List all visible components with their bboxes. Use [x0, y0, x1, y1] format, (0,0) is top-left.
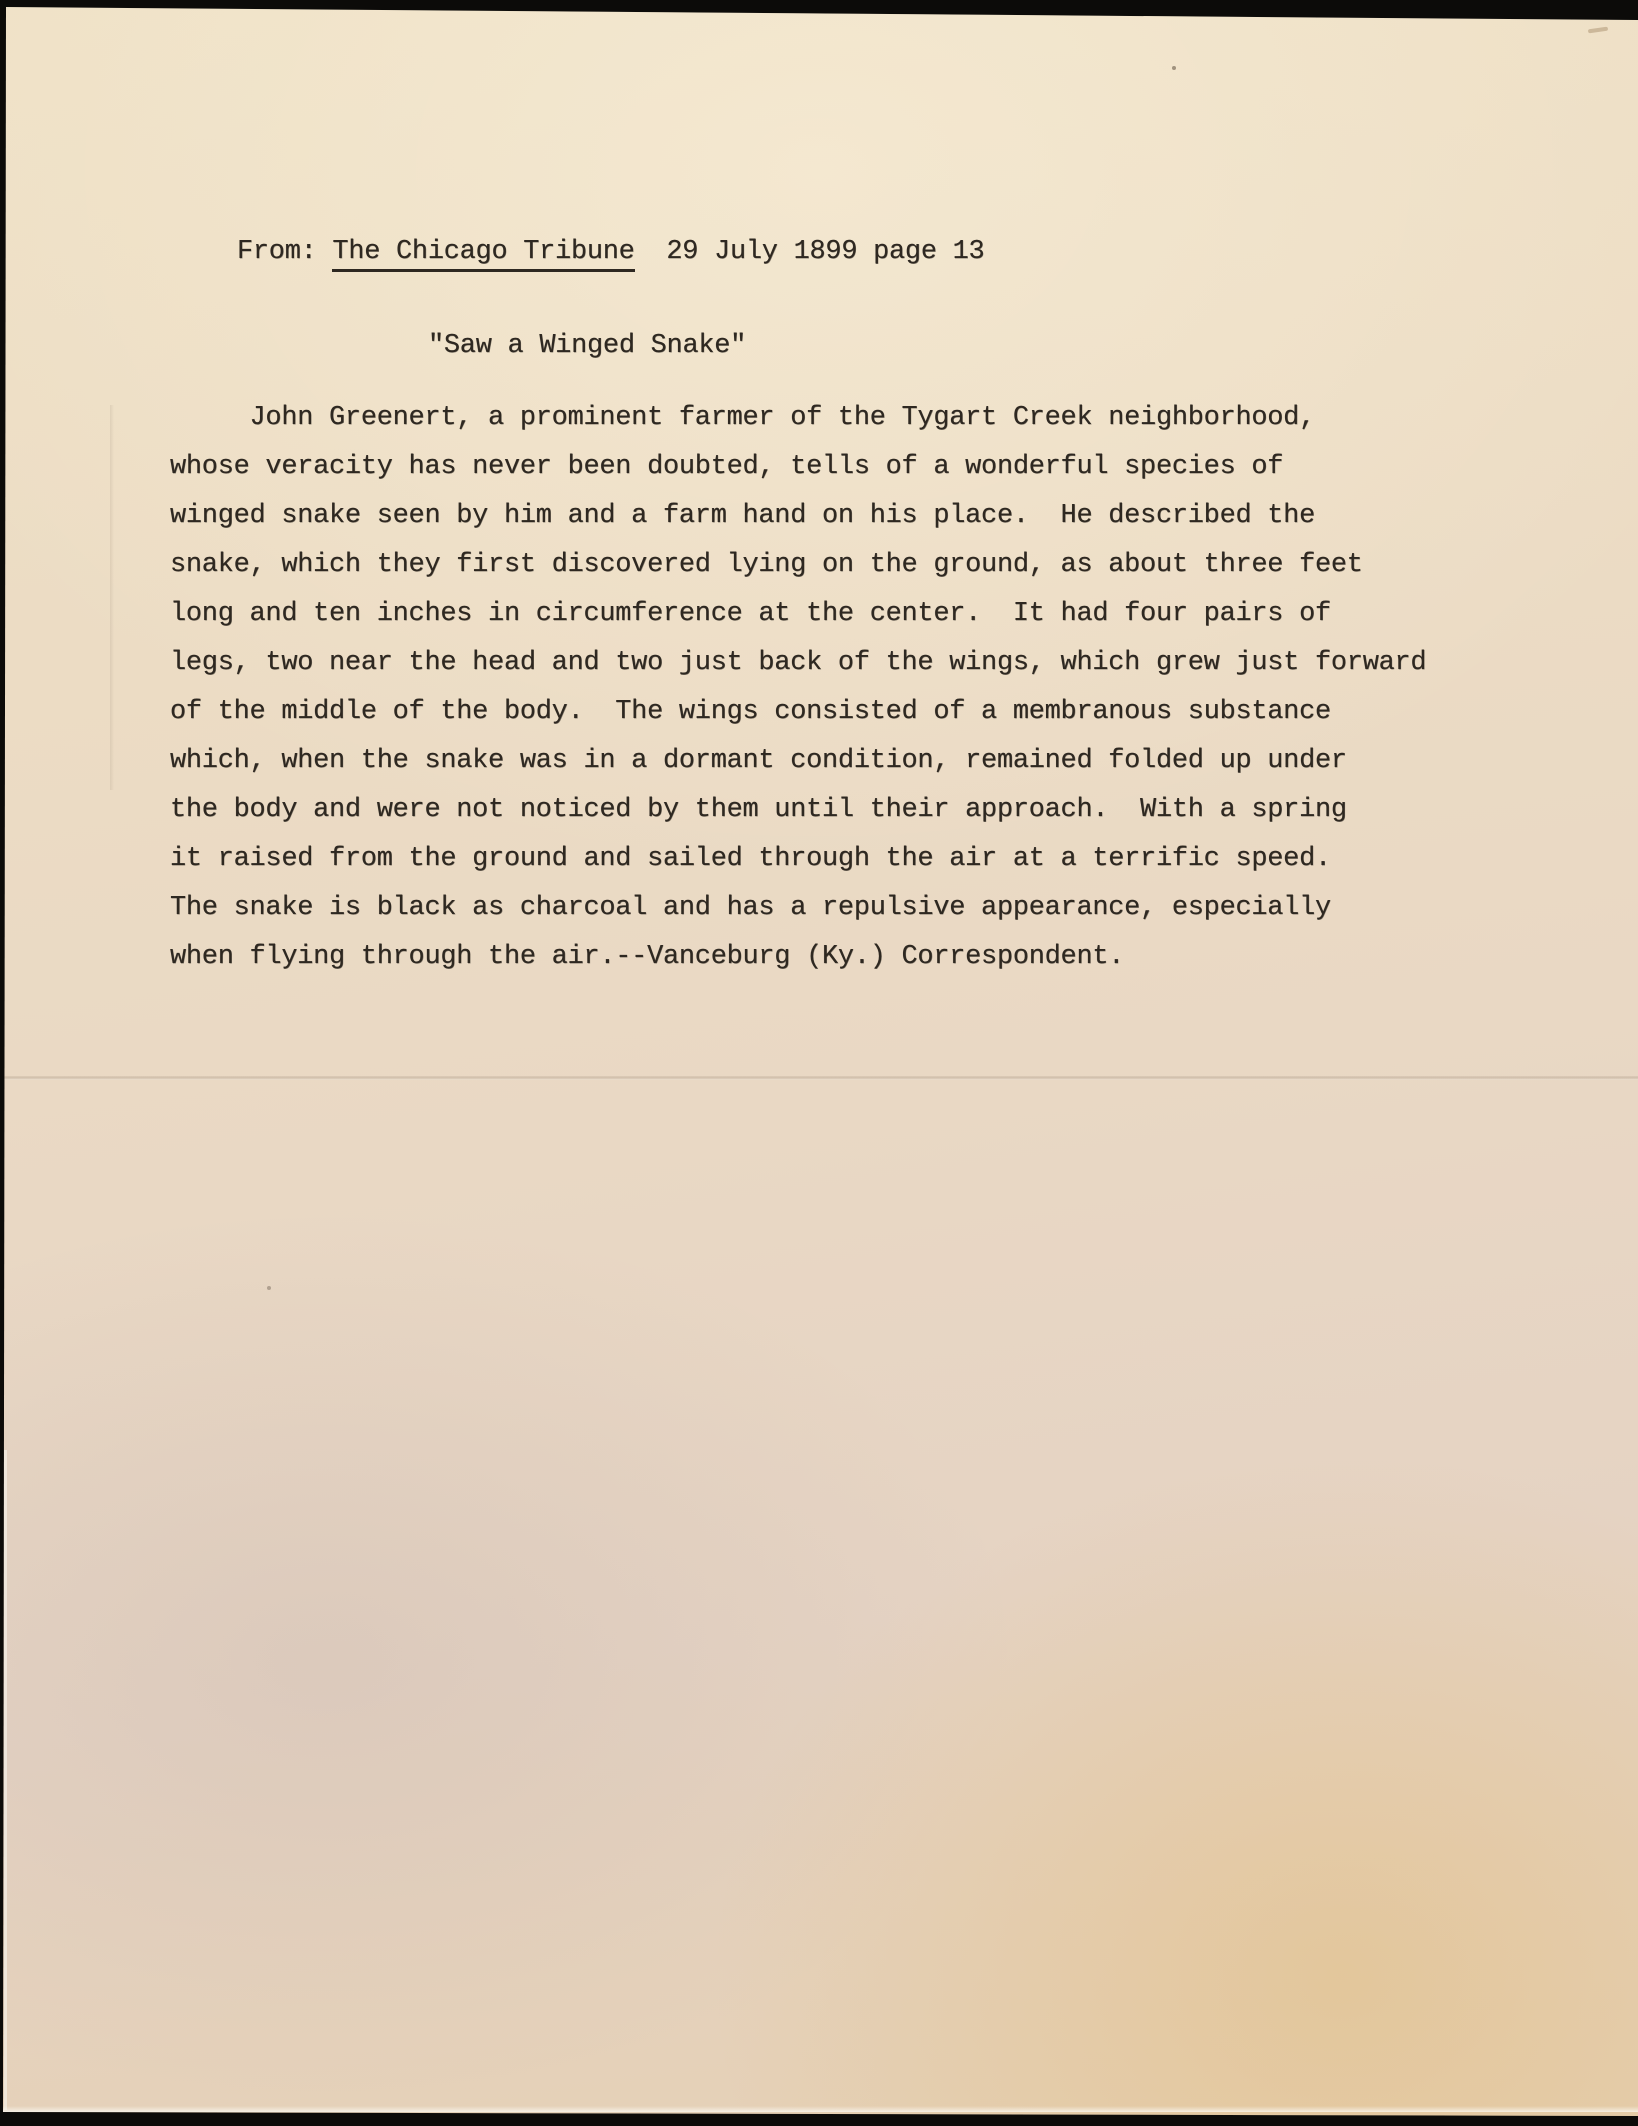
paper-speck	[267, 1286, 271, 1290]
article-body: John Greenert, a prominent farmer of the…	[170, 394, 1426, 982]
body-line: winged snake seen by him and a farm hand…	[170, 492, 1426, 541]
source-line: From: The Chicago Tribune 29 July 1899 p…	[237, 236, 984, 268]
body-line: it raised from the ground and sailed thr…	[170, 835, 1426, 884]
paper-sheet: From: The Chicago Tribune 29 July 1899 p…	[0, 0, 1638, 2126]
body-line: which, when the snake was in a dormant c…	[170, 737, 1426, 786]
source-date-page: 29 July 1899 page 13	[635, 237, 985, 267]
paper-speck	[1172, 66, 1176, 70]
corner-pencil-mark	[1588, 27, 1608, 34]
paper-left-edge-highlight	[4, 1450, 7, 2110]
scanned-document: From: The Chicago Tribune 29 July 1899 p…	[0, 0, 1638, 2126]
publication-name: The Chicago Tribune	[332, 237, 634, 272]
source-prefix: From:	[237, 237, 332, 267]
body-line: whose veracity has never been doubted, t…	[170, 443, 1426, 492]
horizontal-fold-crease	[0, 1076, 1638, 1080]
vertical-fold-crease	[110, 405, 114, 790]
paper-bottom-edge-highlight	[0, 2106, 1638, 2112]
body-line: long and ten inches in circumference at …	[170, 590, 1426, 639]
body-line: The snake is black as charcoal and has a…	[170, 884, 1426, 933]
body-line: John Greenert, a prominent farmer of the…	[170, 394, 1426, 443]
body-line: of the middle of the body. The wings con…	[170, 688, 1426, 737]
body-line: the body and were not noticed by them un…	[170, 786, 1426, 835]
body-line: when flying through the air.--Vanceburg …	[170, 933, 1426, 982]
body-line: legs, two near the head and two just bac…	[170, 639, 1426, 688]
article-title: "Saw a Winged Snake"	[428, 330, 746, 362]
body-line: snake, which they first discovered lying…	[170, 541, 1426, 590]
